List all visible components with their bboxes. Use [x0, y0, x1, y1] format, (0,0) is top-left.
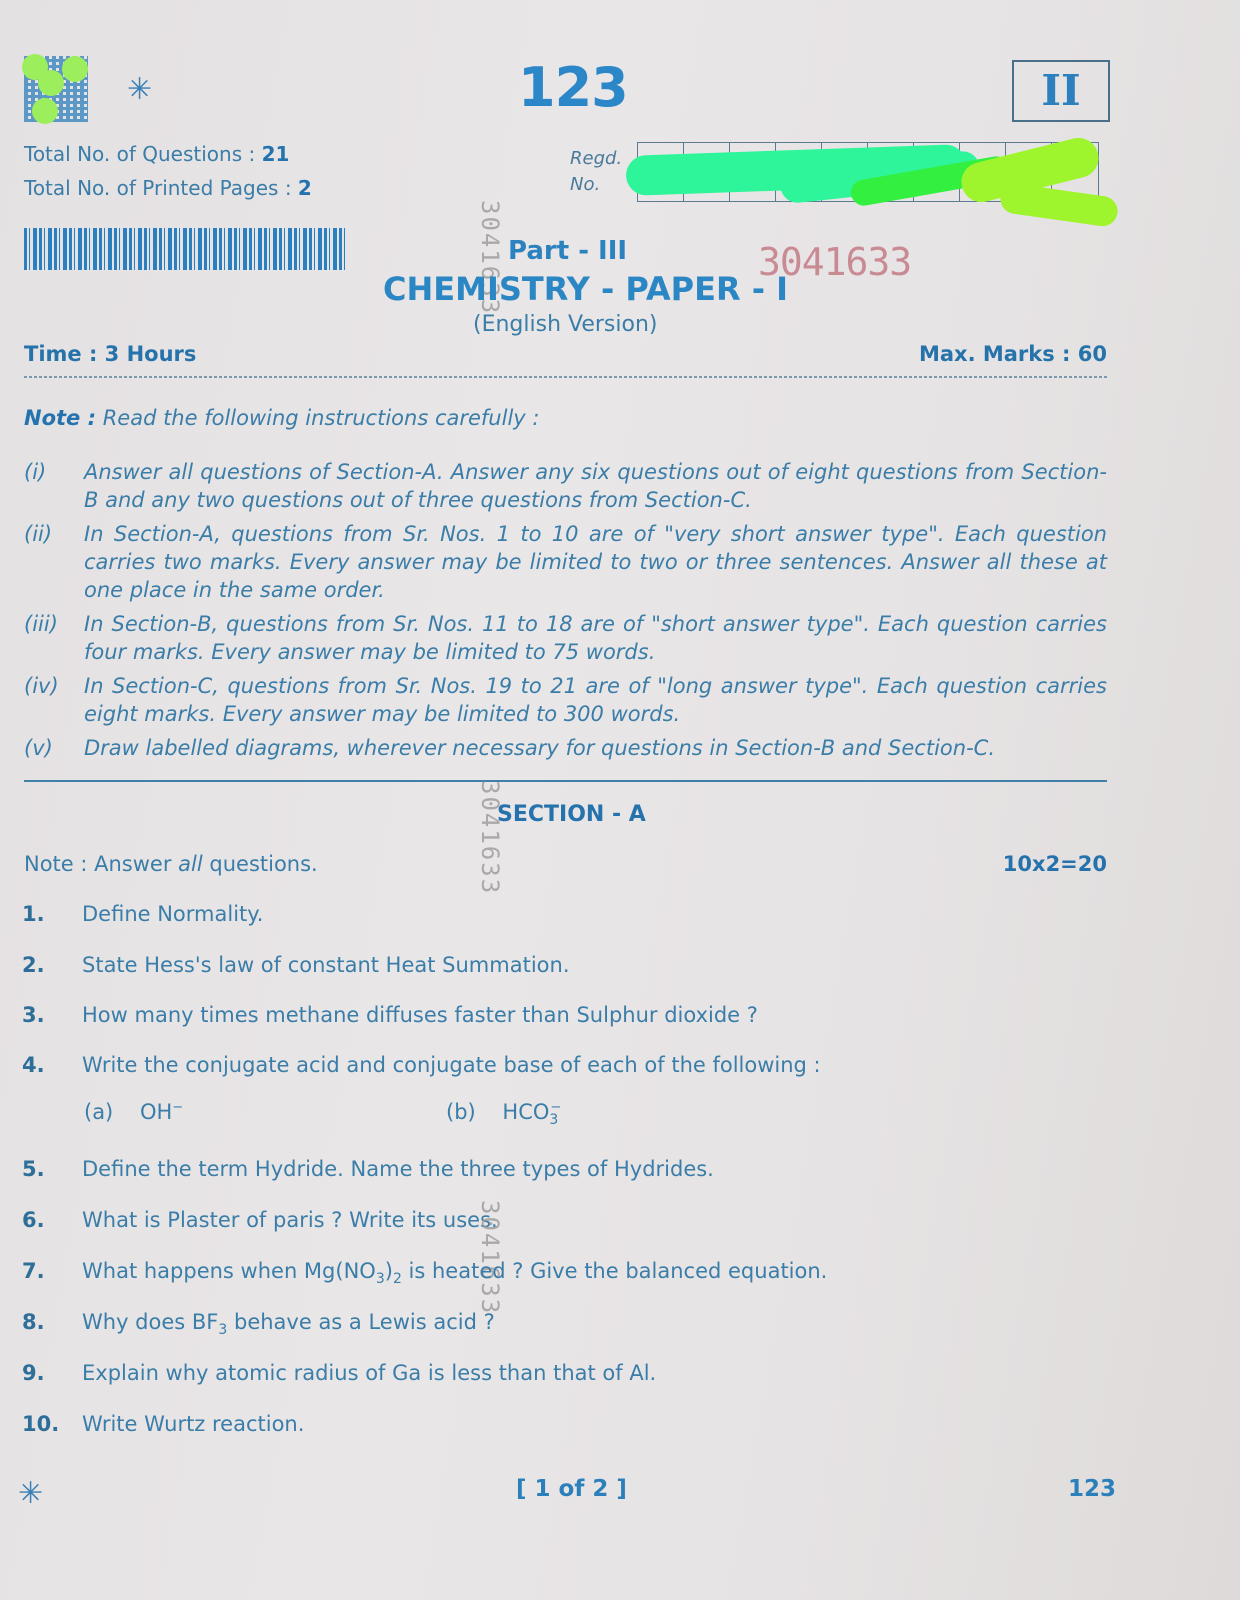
page-number: [ 1 of 2 ] [516, 1476, 627, 1502]
question-3: 3.How many times methane diffuses faster… [22, 1003, 758, 1027]
redaction-dot [62, 56, 88, 82]
redaction-dot [38, 70, 64, 96]
question-1: 1.Define Normality. [22, 902, 263, 926]
barcode [24, 228, 348, 270]
star-icon: ✳ [18, 1476, 43, 1511]
section-a-marks: 10x2=20 [1003, 852, 1107, 876]
section-a-note: Note : Answer all questions. [24, 852, 318, 876]
divider [24, 376, 1107, 378]
question-4: 4.Write the conjugate acid and conjugate… [22, 1053, 821, 1077]
question-10: 10.Write Wurtz reaction. [22, 1412, 304, 1436]
instruction-item: (iii)In Section-B, questions from Sr. No… [24, 610, 1107, 666]
time-label: Time : 3 Hours [24, 342, 196, 366]
regd-digit-box[interactable] [868, 143, 914, 201]
part-label: Part - III [508, 236, 627, 266]
total-pages: Total No. of Printed Pages : 2 [24, 176, 312, 200]
regd-number-field[interactable] [637, 142, 1099, 202]
question-6: 6.What is Plaster of paris ? Write its u… [22, 1208, 498, 1232]
regd-digit-box[interactable] [638, 143, 684, 201]
regd-digit-box[interactable] [960, 143, 1006, 201]
question-4b: (b) HCO3− [446, 1100, 561, 1128]
question-7: 7. What happens when Mg(NO3)2 is heated … [22, 1259, 827, 1287]
regd-digit-box[interactable] [1006, 143, 1052, 201]
regd-digit-box[interactable] [730, 143, 776, 201]
section-divider [24, 780, 1107, 782]
regd-digit-box[interactable] [822, 143, 868, 201]
section-a-title: SECTION - A [497, 802, 646, 827]
instruction-item: (i)Answer all questions of Section-A. An… [24, 458, 1107, 514]
paper-title: CHEMISTRY - PAPER - I [383, 270, 788, 308]
vertical-stamp: 3041633 [476, 1200, 504, 1315]
qr-code [24, 56, 88, 122]
footer-paper-code: 123 [1068, 1476, 1116, 1502]
question-5: 5.Define the term Hydride. Name the thre… [22, 1157, 714, 1181]
vertical-stamp: 3041633 [476, 780, 504, 895]
redaction-dot [32, 98, 58, 124]
max-marks: Max. Marks : 60 [919, 342, 1107, 366]
version-label: (English Version) [473, 312, 658, 337]
instruction-item: (v)Draw labelled diagrams, wherever nece… [24, 734, 1107, 762]
question-9: 9.Explain why atomic radius of Ga is les… [22, 1361, 656, 1385]
question-8: 8. Why does BF3 behave as a Lewis acid ? [22, 1310, 495, 1338]
regd-digit-box[interactable] [914, 143, 960, 201]
regd-label: Regd. No. [570, 146, 622, 198]
instruction-item: (iv)In Section-C, questions from Sr. Nos… [24, 672, 1107, 728]
star-icon: ✳ [127, 72, 152, 107]
instruction-item: (ii)In Section-A, questions from Sr. Nos… [24, 520, 1107, 604]
question-2: 2.State Hess's law of constant Heat Summ… [22, 953, 570, 977]
question-4a: (a) OH− [84, 1100, 183, 1124]
paper-code: 123 [518, 56, 628, 119]
regd-digit-box[interactable] [1052, 143, 1098, 201]
regd-digit-box[interactable] [684, 143, 730, 201]
regd-digit-box[interactable] [776, 143, 822, 201]
instructions-note: Note : Read the following instructions c… [24, 406, 539, 430]
total-questions: Total No. of Questions : 21 [24, 142, 289, 166]
set-number: II [1012, 60, 1110, 122]
